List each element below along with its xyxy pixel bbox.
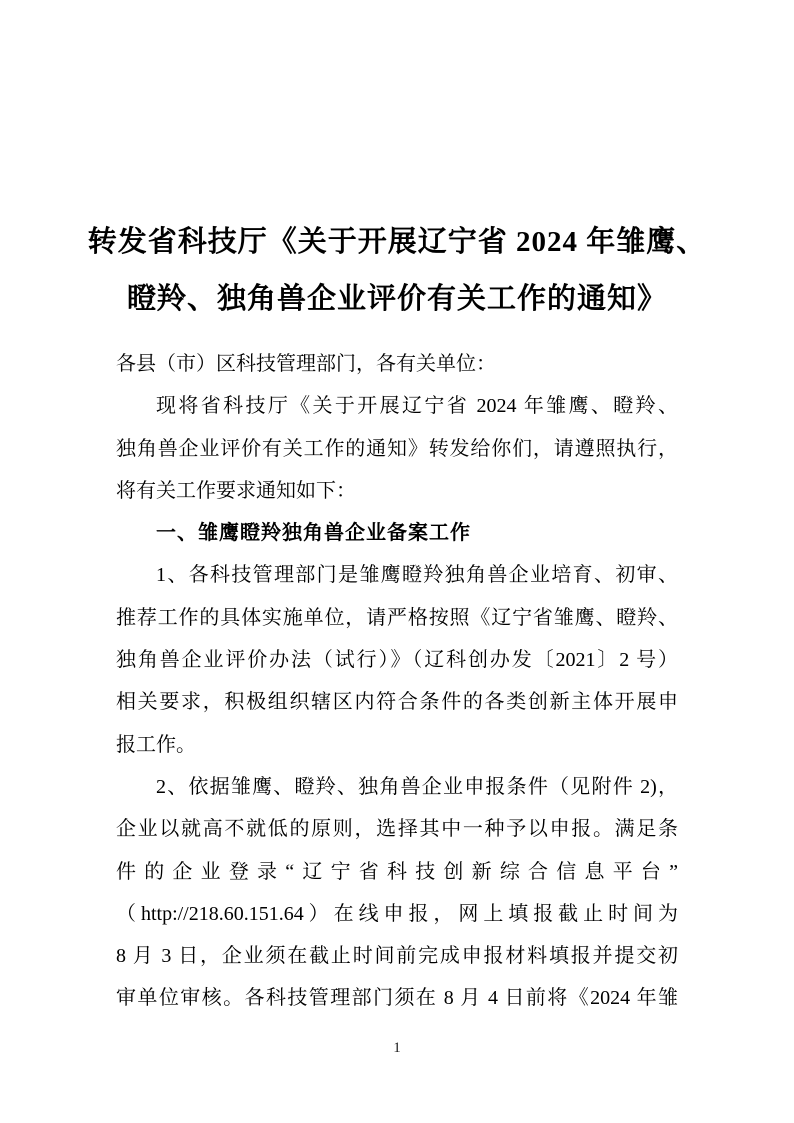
body-line: 将有关工作要求通知如下：: [116, 470, 678, 512]
body-line: 独角兽企业评价有关工作的通知》转发给你们，请遵照执行，: [116, 428, 678, 470]
body-line: 现将省科技厅《关于开展辽宁省 2024 年雏鹰、瞪羚、: [116, 385, 678, 427]
body-line: 报工作。: [116, 724, 678, 766]
body-line: 各县（市）区科技管理部门，各有关单位：: [116, 343, 678, 385]
document-body: 各县（市）区科技管理部门，各有关单位：现将省科技厅《关于开展辽宁省 2024 年…: [116, 343, 678, 1020]
document-title-line-1: 转发省科技厅《关于开展辽宁省 2024 年雏鹰、: [0, 214, 794, 271]
body-line: 企业以就高不就低的原则，选择其中一种予以申报。满足条: [116, 808, 678, 850]
body-line: 2、依据雏鹰、瞪羚、独角兽企业申报条件（见附件 2)，: [116, 766, 678, 808]
body-line: 8 月 3 日，企业须在截止时间前完成申报材料填报并提交初: [116, 935, 678, 977]
body-line: 审单位审核。各科技管理部门须在 8 月 4 日前将《2024 年雏: [116, 977, 678, 1019]
document-title-line-2: 瞪羚、独角兽企业评价有关工作的通知》: [0, 271, 794, 328]
body-line: （http://218.60.151.64）在线申报，网上填报截止时间为: [116, 893, 678, 935]
body-line: 件的企业登录“辽宁省科技创新综合信息平台”: [116, 851, 678, 893]
body-line: 推荐工作的具体实施单位，请严格按照《辽宁省雏鹰、瞪羚、: [116, 597, 678, 639]
body-line: 1、各科技管理部门是雏鹰瞪羚独角兽企业培育、初审、: [116, 554, 678, 596]
body-line: 相关要求，积极组织辖区内符合条件的各类创新主体开展申: [116, 681, 678, 723]
section-heading-line: 一、雏鹰瞪羚独角兽企业备案工作: [116, 512, 678, 554]
document-title: 转发省科技厅《关于开展辽宁省 2024 年雏鹰、 瞪羚、独角兽企业评价有关工作的…: [0, 0, 794, 328]
page-number: 1: [0, 1040, 794, 1057]
body-line: 独角兽企业评价办法（试行）》（辽科创办发〔2021〕2 号）: [116, 639, 678, 681]
document-page: 转发省科技厅《关于开展辽宁省 2024 年雏鹰、 瞪羚、独角兽企业评价有关工作的…: [0, 0, 794, 1123]
